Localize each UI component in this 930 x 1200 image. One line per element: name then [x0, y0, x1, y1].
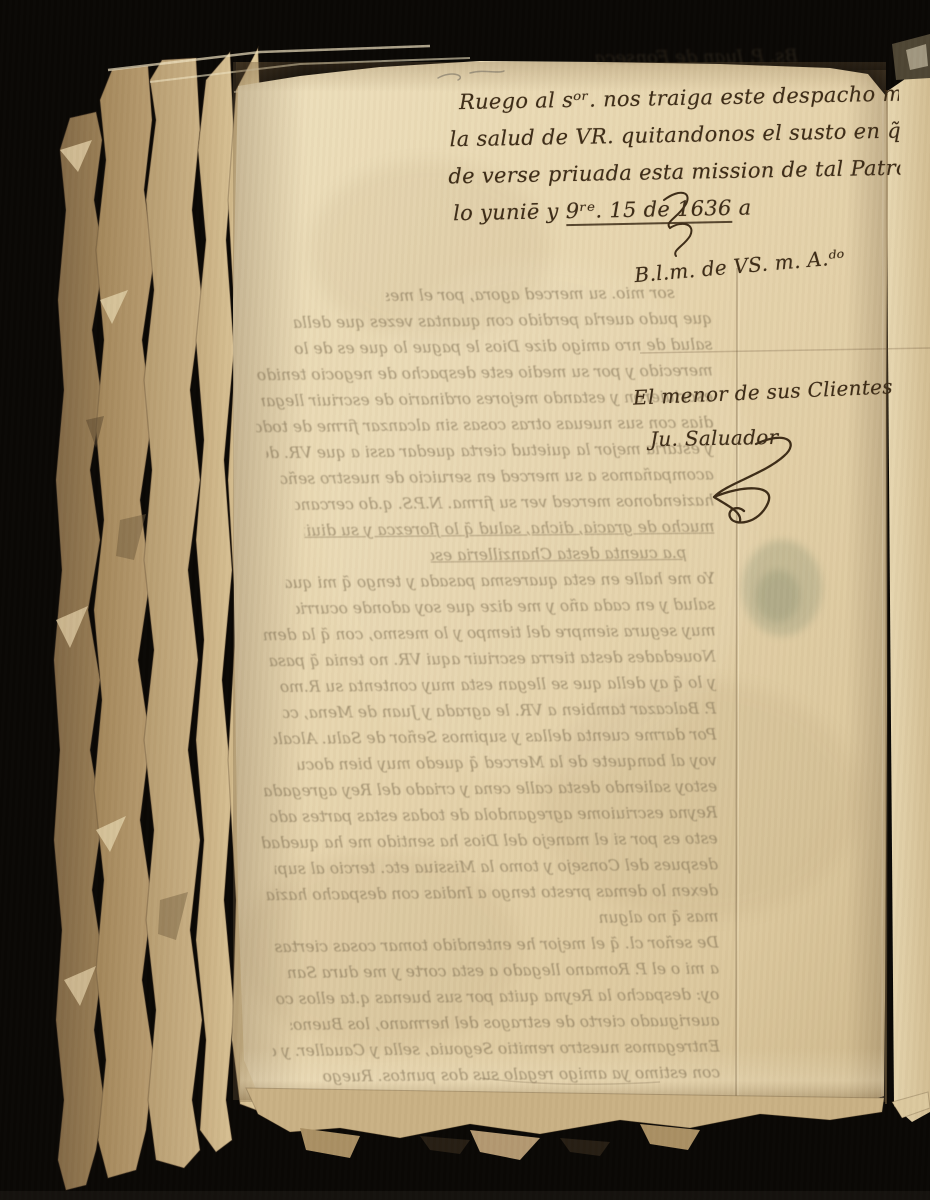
manuscript-photo: Bs. P. Juan de Fonseca sor mio. su merce… — [0, 0, 930, 1200]
bottom-flap — [470, 1130, 540, 1160]
letter-date-prefix: lo yuniē y — [453, 199, 566, 225]
bottom-gap — [420, 1136, 470, 1154]
page-stack-layer-5 — [54, 112, 104, 1190]
page-stack-layer-2 — [196, 52, 234, 1152]
letter-date-suffix: a — [731, 196, 751, 220]
page-stack-layer-3 — [144, 58, 202, 1168]
letter-date-underlined: 9ʳᵉ. 15 de 1636 — [565, 196, 732, 226]
stain-core — [756, 570, 800, 622]
bleedthrough-line: sor mio. su merced agora, por el mes — [386, 280, 675, 309]
bleedthrough-line: mas q̃ no algun — [579, 904, 719, 931]
page-stack-layer-4 — [94, 66, 154, 1178]
scan-bottom-strip — [0, 1191, 930, 1200]
bleedthrough-line: p.a cuenta desta Chanzilleria escriuio — [430, 540, 687, 569]
bottom-gap — [560, 1138, 610, 1156]
signature-name: Ju. Saluador — [650, 425, 779, 451]
fold-line-right — [886, 94, 887, 1104]
bleedthrough-top-line: Bs. P. Juan de Fonseca — [548, 45, 798, 72]
page-shadow-right — [846, 70, 886, 1102]
letter-body: Ruego al sᵒʳ. nos traiga este despacho m… — [447, 76, 902, 233]
bleedthrough-line: con estimo ya amigo regalo sus dos punto… — [310, 1060, 720, 1090]
page-stack — [54, 48, 262, 1190]
bottom-flap — [300, 1128, 360, 1158]
